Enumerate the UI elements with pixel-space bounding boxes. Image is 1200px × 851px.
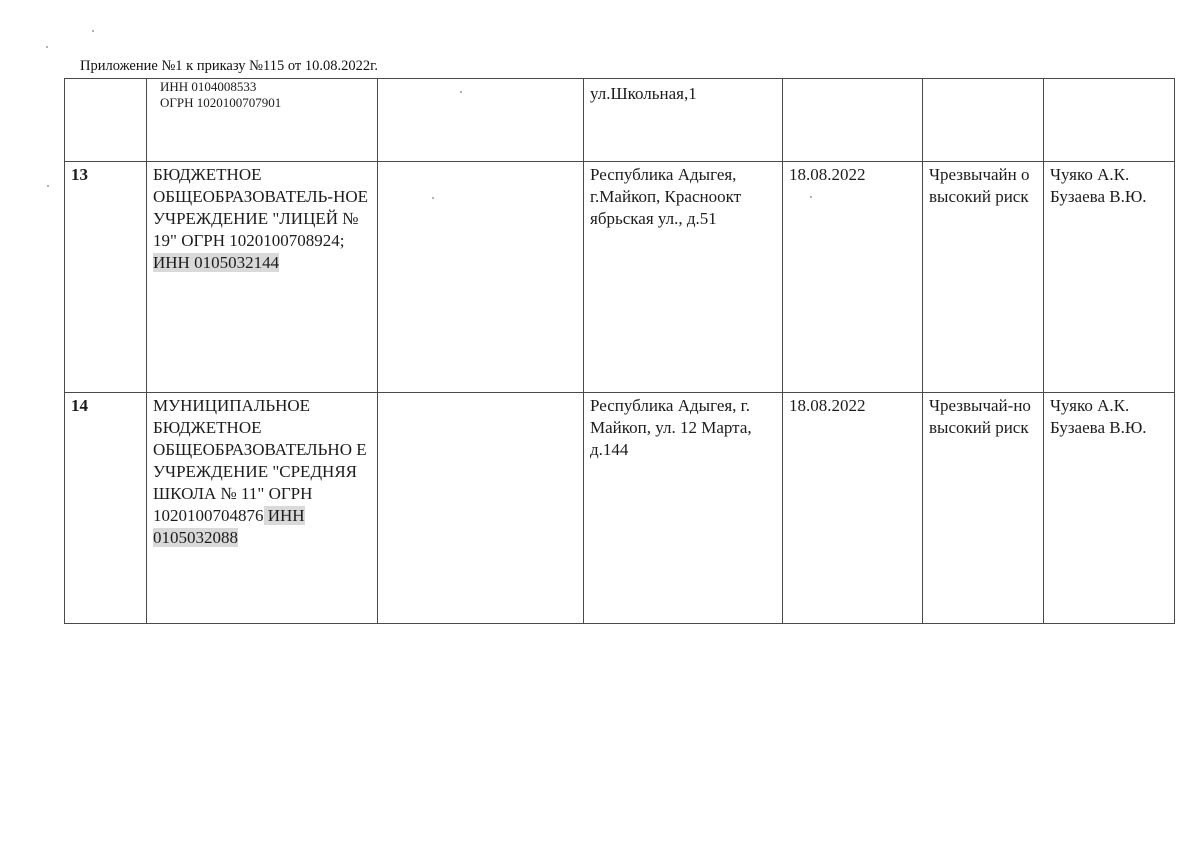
inspectors-cell: Чуяко А.К. Бузаева В.Ю. [1044,162,1175,393]
row-number [65,79,147,162]
risk-cell [923,79,1044,162]
address-cell: Республика Адыгея, г.Майкоп, Красноокт я… [584,162,783,393]
date-cell: 18.08.2022 [783,393,923,624]
org-text: МУНИЦИПАЛЬНОЕ БЮДЖЕТНОЕ ОБЩЕОБРАЗОВАТЕЛЬ… [153,396,367,525]
org-inn: ИНН 0104008533 [160,79,371,95]
risk-cell: Чрезвычай-но высокий риск [923,393,1044,624]
address-cell: ул.Школьная,1 [584,79,783,162]
org-text: БЮДЖЕТНОЕ ОБЩЕОБРАЗОВАТЕЛЬ-НОЕ УЧРЕЖДЕНИ… [153,165,368,250]
scan-speck [92,30,94,32]
organization-cell: МУНИЦИПАЛЬНОЕ БЮДЖЕТНОЕ ОБЩЕОБРАЗОВАТЕЛЬ… [147,393,378,624]
table-row: ИНН 0104008533 ОГРН 1020100707901 ул.Шко… [65,79,1175,162]
inspection-schedule-table: ИНН 0104008533 ОГРН 1020100707901 ул.Шко… [64,78,1175,624]
inspectors-cell [1044,79,1175,162]
empty-cell [378,79,584,162]
empty-cell [378,393,584,624]
organization-cell: ИНН 0104008533 ОГРН 1020100707901 [147,79,378,162]
scan-speck [47,185,49,187]
risk-cell: Чрезвычайн о высокий риск [923,162,1044,393]
table-row: 14 МУНИЦИПАЛЬНОЕ БЮДЖЕТНОЕ ОБЩЕОБРАЗОВАТ… [65,393,1175,624]
date-cell [783,79,923,162]
empty-cell [378,162,584,393]
document-caption: Приложение №1 к приказу №115 от 10.08.20… [80,58,378,75]
address-cell: Республика Адыгея, г. Майкоп, ул. 12 Мар… [584,393,783,624]
date-cell: 18.08.2022 [783,162,923,393]
table-row: 13 БЮДЖЕТНОЕ ОБЩЕОБРАЗОВАТЕЛЬ-НОЕ УЧРЕЖД… [65,162,1175,393]
scan-speck [46,46,48,48]
org-ogrn: ОГРН 1020100707901 [160,95,371,111]
row-number: 13 [65,162,147,393]
organization-cell: БЮДЖЕТНОЕ ОБЩЕОБРАЗОВАТЕЛЬ-НОЕ УЧРЕЖДЕНИ… [147,162,378,393]
org-inn-highlight: ИНН 0105032144 [153,253,279,272]
inspectors-cell: Чуяко А.К. Бузаева В.Ю. [1044,393,1175,624]
row-number: 14 [65,393,147,624]
